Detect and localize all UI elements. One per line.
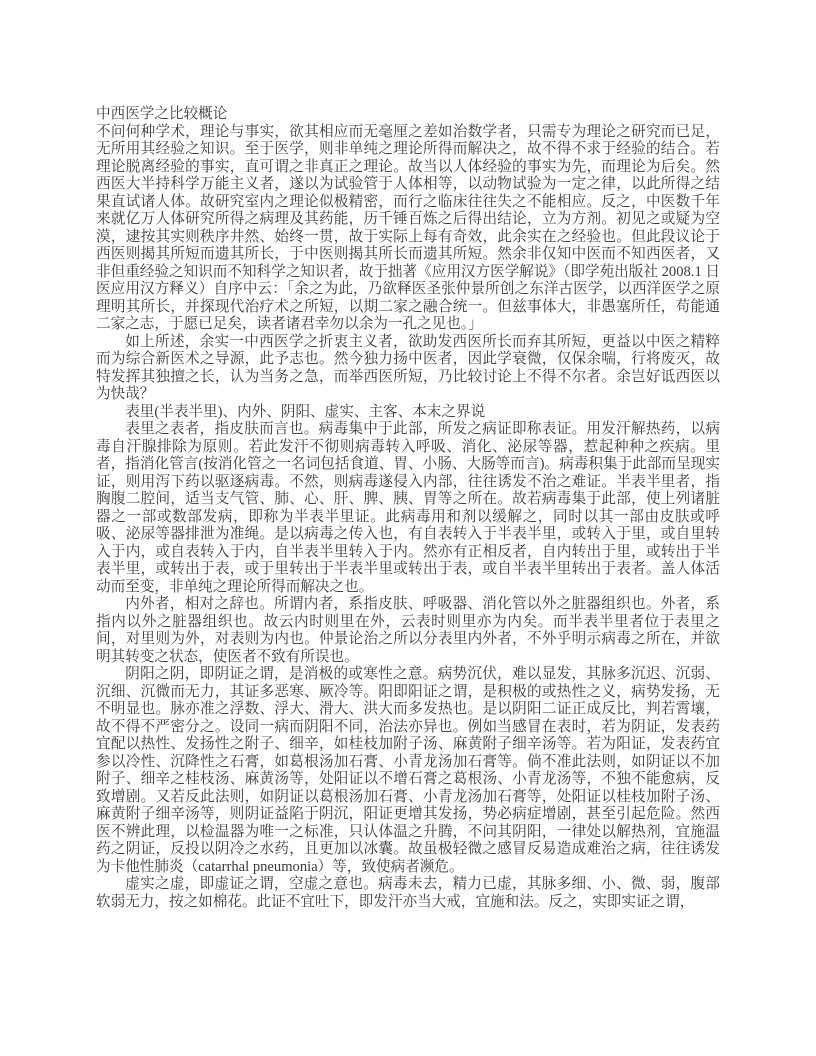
paragraph-biaoli-exterior-interior: 表里之表者，指皮肤而言也。病毒集中于此部，所发之病证即称表证。用发汗解热药，以病… bbox=[96, 421, 720, 596]
document-page: 中西医学之比较概论 不问何种学术，理论与事实，欲其相应而无毫厘之差如治数学者，只… bbox=[0, 0, 816, 1056]
paragraph-intro: 不问何种学术，理论与事实，欲其相应而无毫厘之差如治数学者，只需专为理论之研究而已… bbox=[96, 124, 720, 334]
paragraph-author-position: 如上所述，余实一中西医学之折衷主义者，欲助发西医所长而弃其所短，更益以中医之精粹… bbox=[96, 334, 720, 404]
document-content: 中西医学之比较概论 不问何种学术，理论与事实，欲其相应而无毫厘之差如治数学者，只… bbox=[96, 106, 720, 911]
section-heading: 表里(半表半里)、内外、阴阳、虚实、主客、本末之界说 bbox=[96, 404, 720, 422]
paragraph-neiwai-inner-outer: 内外者，相对之辞也。所谓内者，系指皮肤、呼吸器、消化管以外之脏器组织也。外者，系… bbox=[96, 596, 720, 666]
paragraph-yinyang: 阴阳之阴，即阴证之谓，是消极的或寒性之意。病势沉伏，难以显发，其脉多沉迟、沉弱、… bbox=[96, 666, 720, 876]
paragraph-xushi-deficiency-excess: 虚实之虚，即虚证之谓，空虚之意也。病毒未去，精力已虚，其脉多细、小、微、弱，腹部… bbox=[96, 876, 720, 911]
document-title: 中西医学之比较概论 bbox=[96, 106, 720, 124]
